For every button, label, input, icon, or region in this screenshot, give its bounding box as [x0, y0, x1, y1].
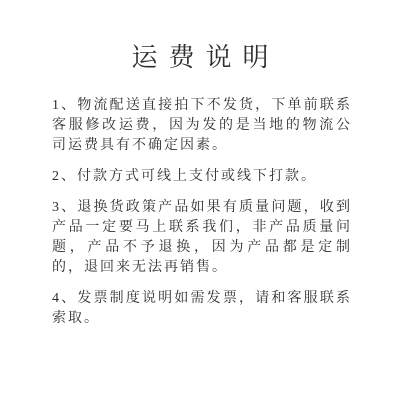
paragraph-return-policy: 3、退换货政策产品如果有质量问题，收到产品一定要马上联系我们，非产品质量问题，产…	[52, 198, 352, 278]
paragraph-invoice-policy: 4、发票制度说明如需发票，请和客服联系索取。	[52, 289, 352, 329]
shipping-notice-page: 运费说明 1、物流配送直接拍下不发货，下单前联系客服修改运费，因为发的是当地的物…	[0, 0, 400, 400]
paragraph-logistics-fee: 1、物流配送直接拍下不发货，下单前联系客服修改运费，因为发的是当地的物流公司运费…	[52, 96, 352, 156]
page-title: 运费说明	[0, 0, 400, 73]
paragraph-payment-methods: 2、付款方式可线上支付或线下打款。	[52, 167, 352, 187]
notice-body: 1、物流配送直接拍下不发货，下单前联系客服修改运费，因为发的是当地的物流公司运费…	[52, 96, 352, 329]
